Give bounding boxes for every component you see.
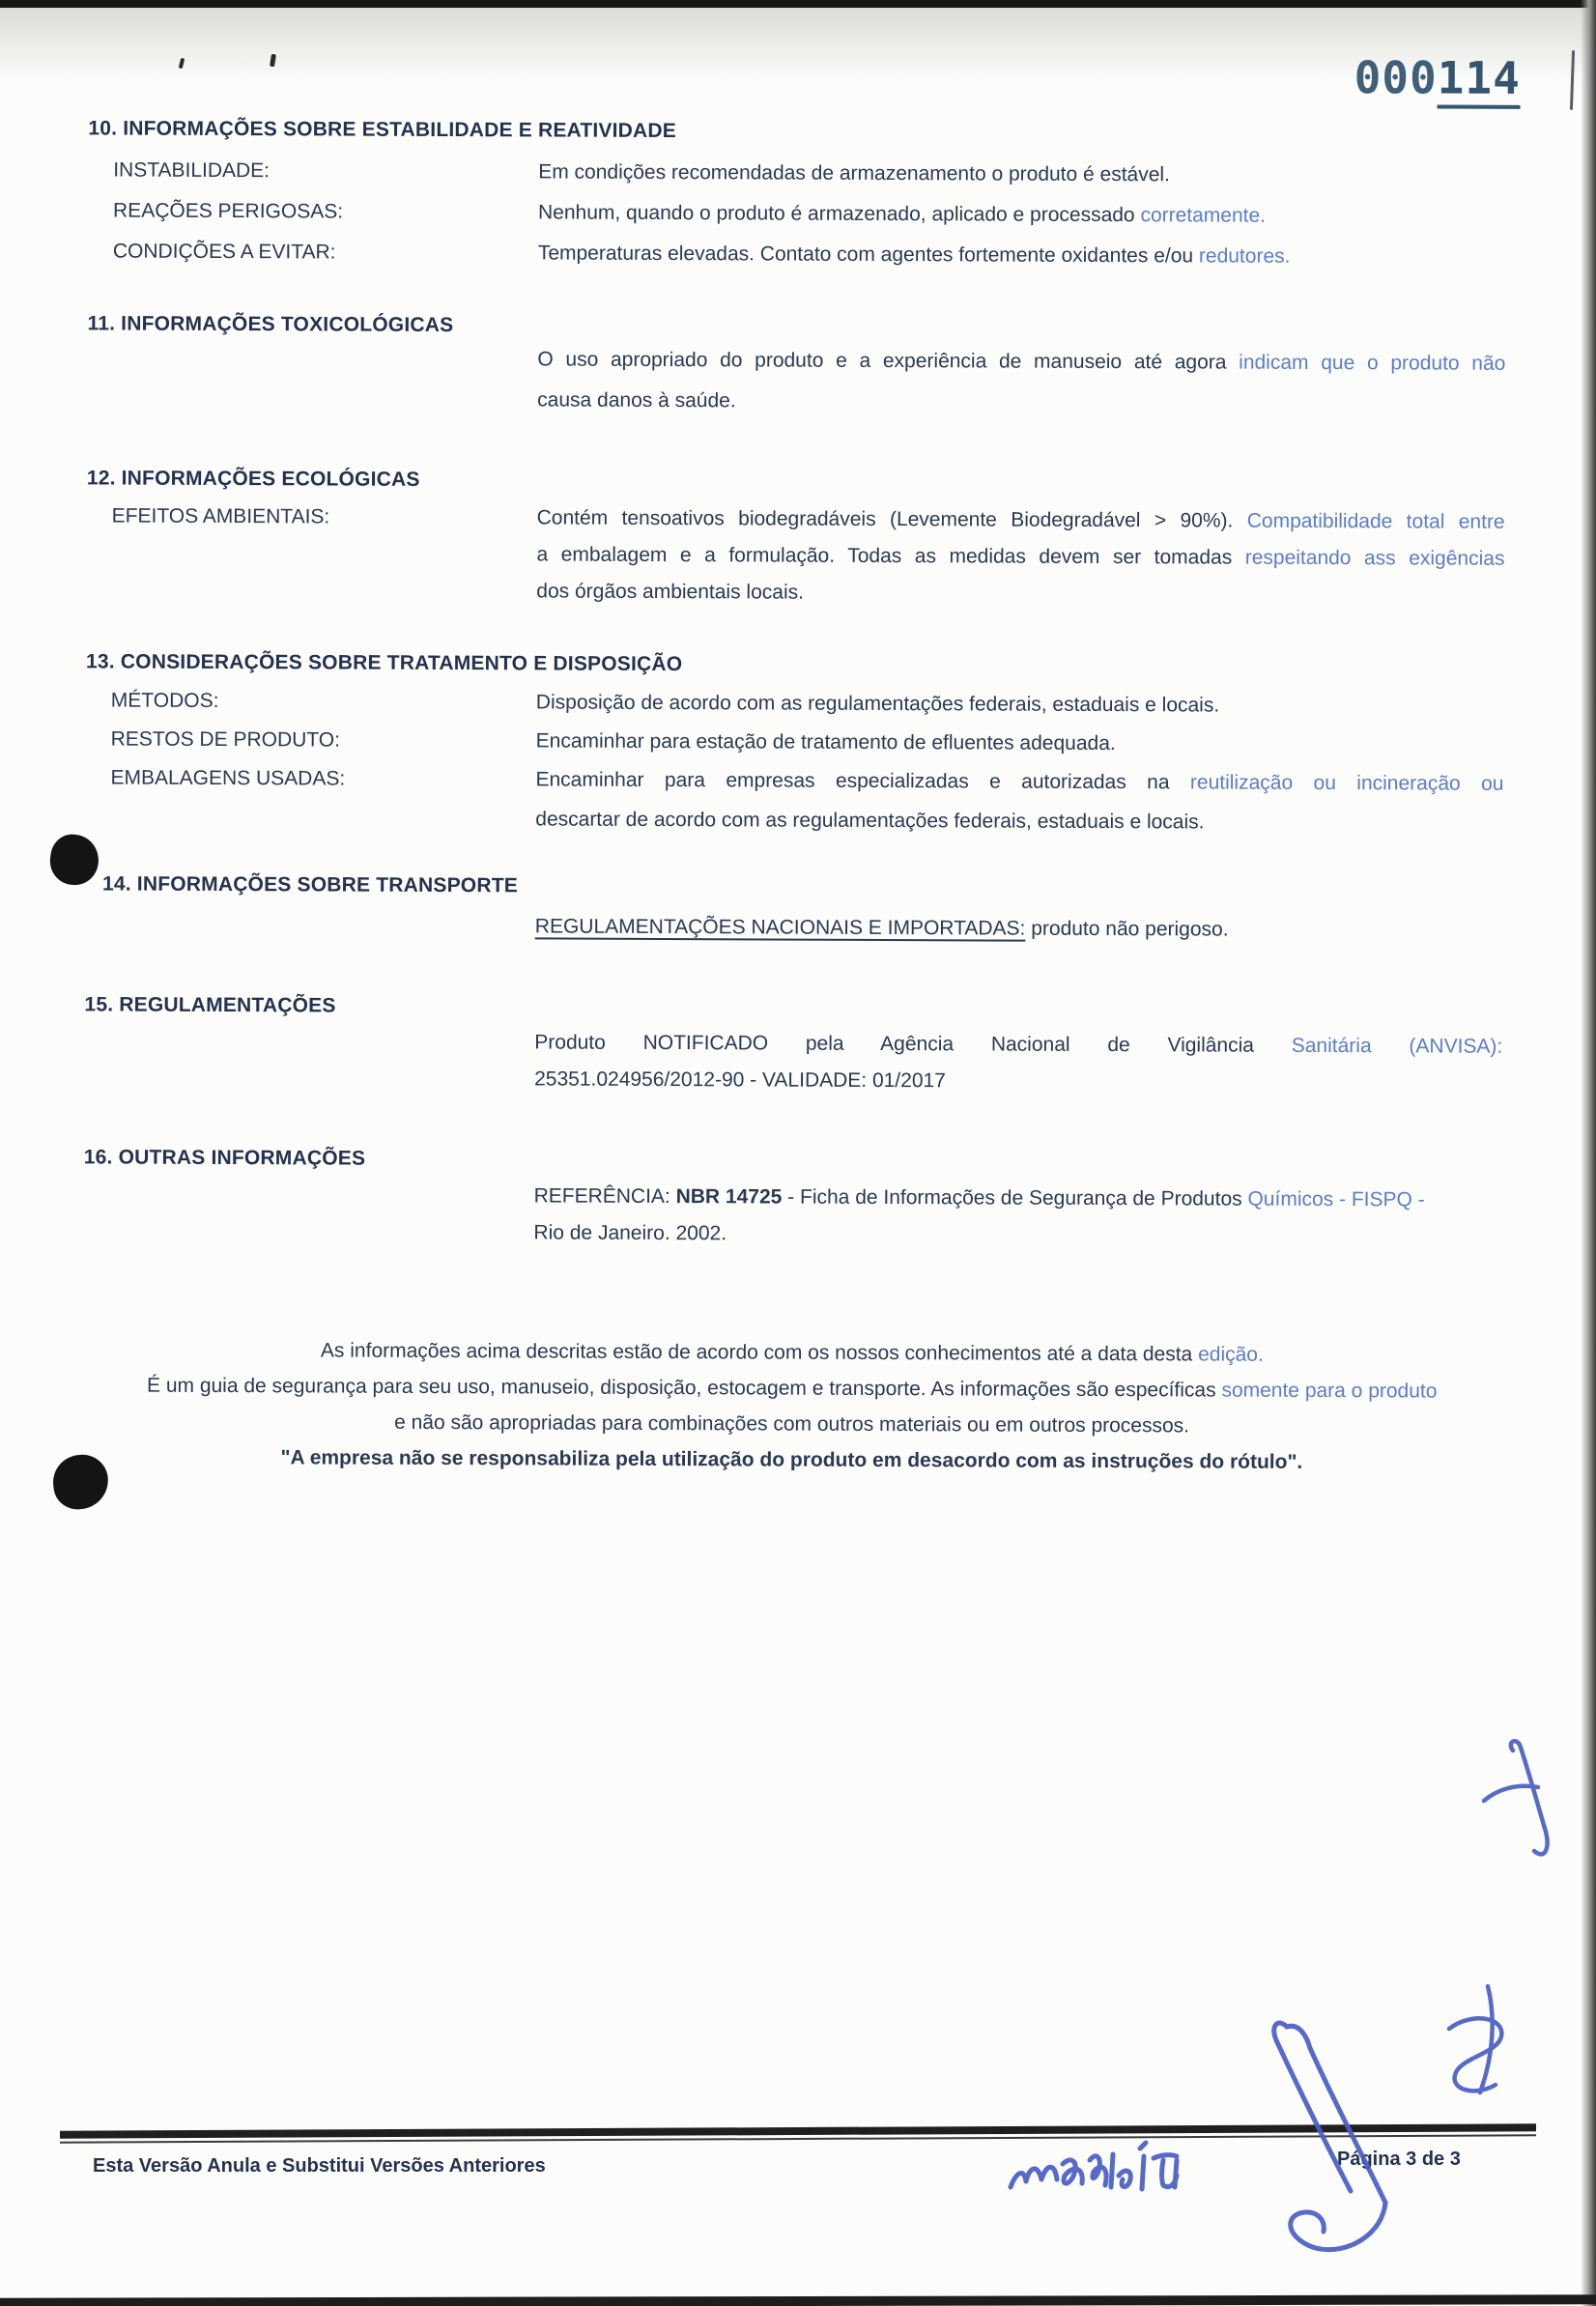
- paragraph-line: REGULAMENTAÇÕES NACIONAIS E IMPORTADAS: …: [535, 914, 1503, 944]
- disclaimer-line: As informações acima descritas estão de …: [62, 1337, 1523, 1369]
- reference-line: REFERÊNCIA: NBR 14725 - Ficha de Informa…: [534, 1183, 1502, 1213]
- paragraph-line: descartar de acordo com as regulamentaçõ…: [535, 807, 1503, 837]
- row-value: Nenhum, quando o produto é armazenado, a…: [538, 200, 1506, 230]
- reference-line: Rio de Janeiro. 2002.: [533, 1220, 1501, 1250]
- row-value: Temperaturas elevadas. Contato com agent…: [538, 241, 1506, 270]
- row-value: Encaminhar para estação de tratamento de…: [536, 728, 1504, 758]
- row-value: Encaminhar para empresas especializadas …: [535, 767, 1503, 797]
- section-11-heading: 11. INFORMAÇÕES TOXICOLÓGICAS: [87, 311, 453, 338]
- paragraph-line: 25351.024956/2012-90 - VALIDADE: 01/2017: [534, 1067, 1502, 1096]
- disclaimer-line: "A empresa não se responsabiliza pela ut…: [61, 1444, 1522, 1476]
- row-value: Disposição de acordo com as regulamentaç…: [536, 690, 1504, 720]
- underlined-text: REGULAMENTAÇÕES NACIONAIS E IMPORTADAS:: [535, 915, 1026, 939]
- row-label: MÉTODOS:: [111, 689, 219, 715]
- section-13-heading: 13. CONSIDERAÇÕES SOBRE TRATAMENTO E DIS…: [86, 649, 682, 677]
- document-content: 000114 10. INFORMAÇÕES SOBRE ESTABILIDAD…: [0, 0, 1596, 2306]
- disclaimer-line: e não são apropriadas para combinações c…: [62, 1409, 1523, 1440]
- section-12-heading: 12. INFORMAÇÕES ECOLÓGICAS: [87, 466, 420, 493]
- section-10-heading: 10. INFORMAÇÕES SOBRE ESTABILIDADE E REA…: [88, 116, 676, 144]
- paragraph-line: Contém tensoativos biodegradáveis (Levem…: [537, 505, 1505, 535]
- row-label: RESTOS DE PRODUTO:: [111, 727, 340, 754]
- section-14-heading: 14. INFORMAÇÕES SOBRE TRANSPORTE: [102, 871, 518, 898]
- reference-code: NBR 14725: [676, 1185, 783, 1208]
- row-label: EFEITOS AMBIENTAIS:: [112, 504, 330, 530]
- scanned-document-page: 000114 10. INFORMAÇÕES SOBRE ESTABILIDAD…: [0, 0, 1596, 2306]
- section-16-heading: 16. OUTRAS INFORMAÇÕES: [84, 1145, 366, 1172]
- row-label: INSTABILIDADE:: [113, 158, 270, 185]
- row-value: Em condições recomendadas de armazenamen…: [538, 159, 1506, 189]
- paragraph-line: causa danos à saúde.: [537, 387, 1505, 417]
- section-15-heading: 15. REGULAMENTAÇÕES: [84, 992, 335, 1018]
- footer-version-note: Esta Versão Anula e Substitui Versões An…: [93, 2155, 546, 2178]
- document-number-stamp: 000114: [1354, 50, 1521, 106]
- footer-page-number: Página 3 de 3: [1337, 2149, 1461, 2171]
- paragraph-line: a embalagem e a formulação. Todas as med…: [536, 542, 1504, 572]
- row-label: EMBALAGENS USADAS:: [110, 766, 345, 792]
- paragraph-line: dos órgãos ambientais locais.: [536, 579, 1504, 609]
- disclaimer-line: É um guia de segurança para seu uso, man…: [62, 1373, 1523, 1405]
- paragraph-line: O uso apropriado do produto e a experiên…: [537, 347, 1505, 377]
- row-label: REAÇÕES PERIGOSAS:: [113, 199, 343, 225]
- stamp-digits-underlined: 114: [1438, 51, 1521, 108]
- stamp-digits: 000: [1354, 51, 1438, 103]
- paragraph-line: Produto NOTIFICADO pela Agência Nacional…: [534, 1030, 1502, 1060]
- row-label: CONDIÇÕES A EVITAR:: [113, 240, 336, 266]
